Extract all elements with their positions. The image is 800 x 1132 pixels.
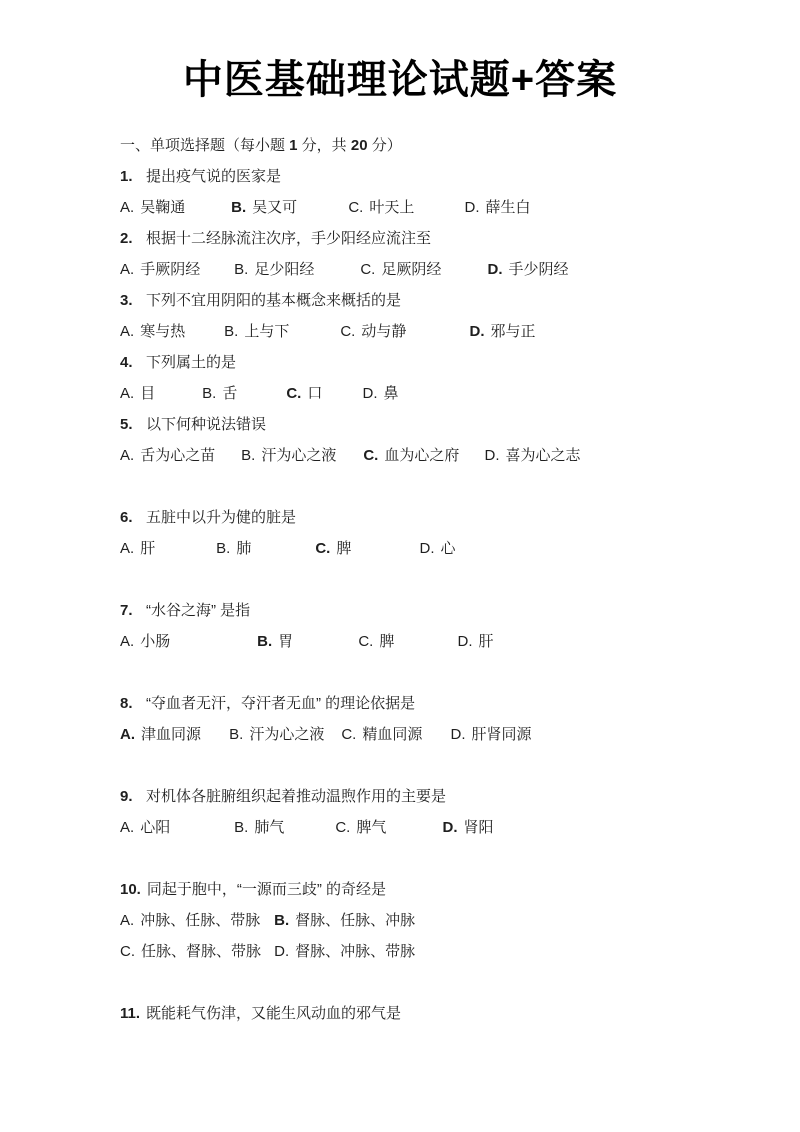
option-label: D. <box>274 943 289 960</box>
option-b: B.肺气 <box>234 812 331 843</box>
question-number: 8. <box>120 688 140 719</box>
option-c: C.精血同源 <box>341 719 446 750</box>
option-label: D. <box>485 447 500 464</box>
question-number: 11. <box>120 998 140 1029</box>
option-label: B. <box>274 912 289 929</box>
option-b: B.足少阳经 <box>234 254 356 285</box>
option-label: D. <box>363 385 378 402</box>
option-label: A. <box>120 819 134 836</box>
points-total: 20 <box>351 137 368 154</box>
option-text: 口 <box>307 385 322 402</box>
option-text: 肝 <box>140 540 155 557</box>
option-label: C. <box>286 385 301 402</box>
option-a: A.手厥阴经 <box>120 254 230 285</box>
option-text: 脾 <box>336 540 351 557</box>
option-a: A.吴鞠通 <box>120 192 227 223</box>
option-label: A. <box>120 726 135 743</box>
option-label: C. <box>358 633 373 650</box>
question-9-stem: 9.对机体各脏腑组织起着推动温煦作用的主要是 <box>120 781 740 812</box>
question-3-stem: 3.下列不宜用阴阳的基本概念来概括的是 <box>120 285 740 316</box>
option-a: A.寒与热 <box>120 316 220 347</box>
option-text: 舌 <box>222 385 237 402</box>
option-d: D.薛生白 <box>465 192 531 223</box>
option-label: A. <box>120 323 134 340</box>
option-text: 血为心之府 <box>384 447 459 464</box>
option-text: 冲脉、任脉、带脉 <box>140 912 260 929</box>
question-number: 3. <box>120 285 140 316</box>
option-text: 喜为心之志 <box>506 447 581 464</box>
option-text: 心阳 <box>140 819 170 836</box>
question-number: 5. <box>120 409 140 440</box>
option-d: D.鼻 <box>363 378 399 409</box>
option-label: A. <box>120 540 134 557</box>
option-d: D.喜为心之志 <box>485 440 581 471</box>
question-4: 4.下列属土的是 A.目 B.舌 C.口 D.鼻 <box>120 347 740 409</box>
option-text: 肝 <box>479 633 494 650</box>
question-10: 10.同起于胞中，“一源而三歧” 的奇经是 A.冲脉、任脉、带脉 B.督脉、任脉… <box>120 874 740 967</box>
option-a: A.目 <box>120 378 198 409</box>
option-text: 叶天上 <box>369 199 414 216</box>
option-text: 薛生白 <box>486 199 531 216</box>
option-text: 督脉、冲脉、带脉 <box>295 943 415 960</box>
option-label: A. <box>120 447 134 464</box>
option-b: B.汗为心之液 <box>229 719 337 750</box>
question-number: 10. <box>120 874 141 905</box>
option-d: D.心 <box>420 533 456 564</box>
section-header-end: 分） <box>368 137 402 154</box>
option-label: A. <box>120 633 134 650</box>
option-a: A.小肠 <box>120 626 253 657</box>
option-b: B.肺 <box>216 533 311 564</box>
option-label: B. <box>234 819 248 836</box>
option-d: D.肝 <box>458 626 494 657</box>
option-a: A.冲脉、任脉、带脉 <box>120 905 270 936</box>
option-label: D. <box>458 633 473 650</box>
option-b: B.上与下 <box>224 316 336 347</box>
question-text: 对机体各脏腑组织起着推动温煦作用的主要是 <box>146 788 446 805</box>
question-6-stem: 6.五脏中以升为健的脏是 <box>120 502 740 533</box>
question-6: 6.五脏中以升为健的脏是 A.肝 B.肺 C.脾 D.心 <box>120 502 740 564</box>
option-text: 足厥阴经 <box>381 261 441 278</box>
option-text: 肺 <box>236 540 251 557</box>
option-text: 小肠 <box>140 633 170 650</box>
option-label: C. <box>348 199 363 216</box>
option-c: C.脾 <box>358 626 453 657</box>
question-7-options: A.小肠 B.胃 C.脾 D.肝 <box>120 626 740 657</box>
question-11: 11.既能耗气伤津，又能生风动血的邪气是 <box>120 998 740 1029</box>
option-text: 脾 <box>379 633 394 650</box>
option-c: C.脾 <box>315 533 415 564</box>
option-c: C.足厥阴经 <box>360 254 483 285</box>
option-label: A. <box>120 261 134 278</box>
option-a: A.津血同源 <box>120 719 225 750</box>
option-text: 汗为心之液 <box>249 726 324 743</box>
option-text: 汗为心之液 <box>261 447 336 464</box>
question-11-stem: 11.既能耗气伤津，又能生风动血的邪气是 <box>120 998 740 1029</box>
question-2: 2.根据十二经脉流注次序，手少阳经应流注至 A.手厥阴经 B.足少阳经 C.足厥… <box>120 223 740 285</box>
option-d: D.肾阳 <box>443 812 494 843</box>
option-a: A.肝 <box>120 533 212 564</box>
question-3-options: A.寒与热 B.上与下 C.动与静 D.邪与正 <box>120 316 740 347</box>
option-label: C. <box>120 943 135 960</box>
option-text: 上与下 <box>244 323 289 340</box>
option-label: B. <box>229 726 243 743</box>
section-header-mid: 分，共 <box>298 137 351 154</box>
question-10-stem: 10.同起于胞中，“一源而三歧” 的奇经是 <box>120 874 740 905</box>
option-label: B. <box>231 199 246 216</box>
option-label: B. <box>202 385 216 402</box>
option-text: 脾气 <box>356 819 386 836</box>
option-c: C.血为心之府 <box>363 440 480 471</box>
option-label: A. <box>120 385 134 402</box>
option-text: 舌为心之苗 <box>140 447 215 464</box>
question-number: 2. <box>120 223 140 254</box>
option-label: C. <box>341 726 356 743</box>
question-text: “水谷之海” 是指 <box>146 602 250 619</box>
question-5: 5.以下何种说法错误 A.舌为心之苗 B.汗为心之液 C.血为心之府 D.喜为心… <box>120 409 740 471</box>
option-label: D. <box>420 540 435 557</box>
question-2-stem: 2.根据十二经脉流注次序，手少阳经应流注至 <box>120 223 740 254</box>
question-10-options-row-2: C.任脉、督脉、带脉 D.督脉、冲脉、带脉 <box>120 936 740 967</box>
question-5-options: A.舌为心之苗 B.汗为心之液 C.血为心之府 D.喜为心之志 <box>120 440 740 471</box>
option-d: D.肝肾同源 <box>451 719 532 750</box>
option-text: 手厥阴经 <box>140 261 200 278</box>
option-text: 目 <box>140 385 155 402</box>
question-number: 9. <box>120 781 140 812</box>
question-4-stem: 4.下列属土的是 <box>120 347 740 378</box>
option-label: C. <box>335 819 350 836</box>
question-text: 以下何种说法错误 <box>146 416 266 433</box>
option-text: 督脉、任脉、冲脉 <box>295 912 415 929</box>
question-9-options: A.心阳 B.肺气 C.脾气 D.肾阳 <box>120 812 740 843</box>
option-label: C. <box>363 447 378 464</box>
option-label: B. <box>257 633 272 650</box>
option-text: 肝肾同源 <box>472 726 532 743</box>
question-2-options: A.手厥阴经 B.足少阳经 C.足厥阴经 D.手少阴经 <box>120 254 740 285</box>
question-7: 7.“水谷之海” 是指 A.小肠 B.胃 C.脾 D.肝 <box>120 595 740 657</box>
document-page: 中医基础理论试题+答案 一、单项选择题（每小题 1 分，共 20 分） 1.提出… <box>0 0 800 1132</box>
option-label: B. <box>234 261 248 278</box>
question-text: 下列属土的是 <box>146 354 236 371</box>
question-7-stem: 7.“水谷之海” 是指 <box>120 595 740 626</box>
question-9: 9.对机体各脏腑组织起着推动温煦作用的主要是 A.心阳 B.肺气 C.脾气 D.… <box>120 781 740 843</box>
question-8: 8.“夺血者无汗，夺汗者无血” 的理论依据是 A.津血同源 B.汗为心之液 C.… <box>120 688 740 750</box>
option-label: D. <box>443 819 458 836</box>
option-b: B.督脉、任脉、冲脉 <box>274 905 415 936</box>
option-label: B. <box>216 540 230 557</box>
option-label: D. <box>465 199 480 216</box>
question-10-options-row-1: A.冲脉、任脉、带脉 B.督脉、任脉、冲脉 <box>120 905 740 936</box>
option-label: B. <box>224 323 238 340</box>
option-text: 肾阳 <box>464 819 494 836</box>
option-text: 津血同源 <box>141 726 201 743</box>
question-text: 同起于胞中，“一源而三歧” 的奇经是 <box>147 881 386 898</box>
option-label: C. <box>340 323 355 340</box>
option-label: D. <box>451 726 466 743</box>
question-number: 7. <box>120 595 140 626</box>
question-text: 提出疫气说的医家是 <box>146 168 281 185</box>
option-text: 吴鞠通 <box>140 199 185 216</box>
question-number: 1. <box>120 161 140 192</box>
option-d: D.手少阴经 <box>488 254 569 285</box>
option-label: C. <box>360 261 375 278</box>
option-label: B. <box>241 447 255 464</box>
option-text: 邪与正 <box>491 323 536 340</box>
option-text: 心 <box>441 540 456 557</box>
question-text: 五脏中以升为健的脏是 <box>146 509 296 526</box>
option-a: A.舌为心之苗 <box>120 440 237 471</box>
question-6-options: A.肝 B.肺 C.脾 D.心 <box>120 533 740 564</box>
option-label: A. <box>120 199 134 216</box>
option-text: 胃 <box>278 633 293 650</box>
option-d: D.邪与正 <box>470 316 536 347</box>
question-4-options: A.目 B.舌 C.口 D.鼻 <box>120 378 740 409</box>
document-title: 中医基础理论试题+答案 <box>0 0 800 104</box>
option-text: 手少阴经 <box>509 261 569 278</box>
section-header-text: 一、单项选择题（每小题 <box>120 137 289 154</box>
option-b: B.舌 <box>202 378 282 409</box>
question-3: 3.下列不宜用阴阳的基本概念来概括的是 A.寒与热 B.上与下 C.动与静 D.… <box>120 285 740 347</box>
question-1-stem: 1.提出疫气说的医家是 <box>120 161 740 192</box>
option-b: B.胃 <box>257 626 354 657</box>
option-text: 吴又可 <box>252 199 297 216</box>
question-1: 1.提出疫气说的医家是 A.吴鞠通 B.吴又可 C.叶天上 D.薛生白 <box>120 161 740 223</box>
option-d: D.督脉、冲脉、带脉 <box>274 936 415 967</box>
option-c: C.脾气 <box>335 812 438 843</box>
question-1-options: A.吴鞠通 B.吴又可 C.叶天上 D.薛生白 <box>120 192 740 223</box>
option-c: C.口 <box>286 378 358 409</box>
option-c: C.动与静 <box>340 316 465 347</box>
option-c: C.任脉、督脉、带脉 <box>120 936 270 967</box>
question-number: 6. <box>120 502 140 533</box>
question-number: 4. <box>120 347 140 378</box>
question-text: 既能耗气伤津，又能生风动血的邪气是 <box>146 1005 401 1022</box>
option-label: A. <box>120 912 134 929</box>
question-8-stem: 8.“夺血者无汗，夺汗者无血” 的理论依据是 <box>120 688 740 719</box>
option-text: 鼻 <box>384 385 399 402</box>
option-label: C. <box>315 540 330 557</box>
option-text: 精血同源 <box>362 726 422 743</box>
option-b: B.汗为心之液 <box>241 440 359 471</box>
question-5-stem: 5.以下何种说法错误 <box>120 409 740 440</box>
option-text: 肺气 <box>254 819 284 836</box>
option-label: D. <box>470 323 485 340</box>
option-text: 任脉、督脉、带脉 <box>141 943 261 960</box>
question-text: 下列不宜用阴阳的基本概念来概括的是 <box>146 292 401 309</box>
option-text: 寒与热 <box>140 323 185 340</box>
points-each: 1 <box>289 137 297 154</box>
option-label: D. <box>488 261 503 278</box>
option-a: A.心阳 <box>120 812 230 843</box>
question-text: 根据十二经脉流注次序，手少阳经应流注至 <box>146 230 431 247</box>
question-8-options: A.津血同源 B.汗为心之液 C.精血同源 D.肝肾同源 <box>120 719 740 750</box>
option-text: 动与静 <box>361 323 406 340</box>
option-c: C.叶天上 <box>348 192 460 223</box>
question-text: “夺血者无汗，夺汗者无血” 的理论依据是 <box>146 695 415 712</box>
document-body: 一、单项选择题（每小题 1 分，共 20 分） 1.提出疫气说的医家是 A.吴鞠… <box>120 130 740 1029</box>
option-text: 足少阳经 <box>254 261 314 278</box>
section-header: 一、单项选择题（每小题 1 分，共 20 分） <box>120 130 740 161</box>
option-b: B.吴又可 <box>231 192 344 223</box>
